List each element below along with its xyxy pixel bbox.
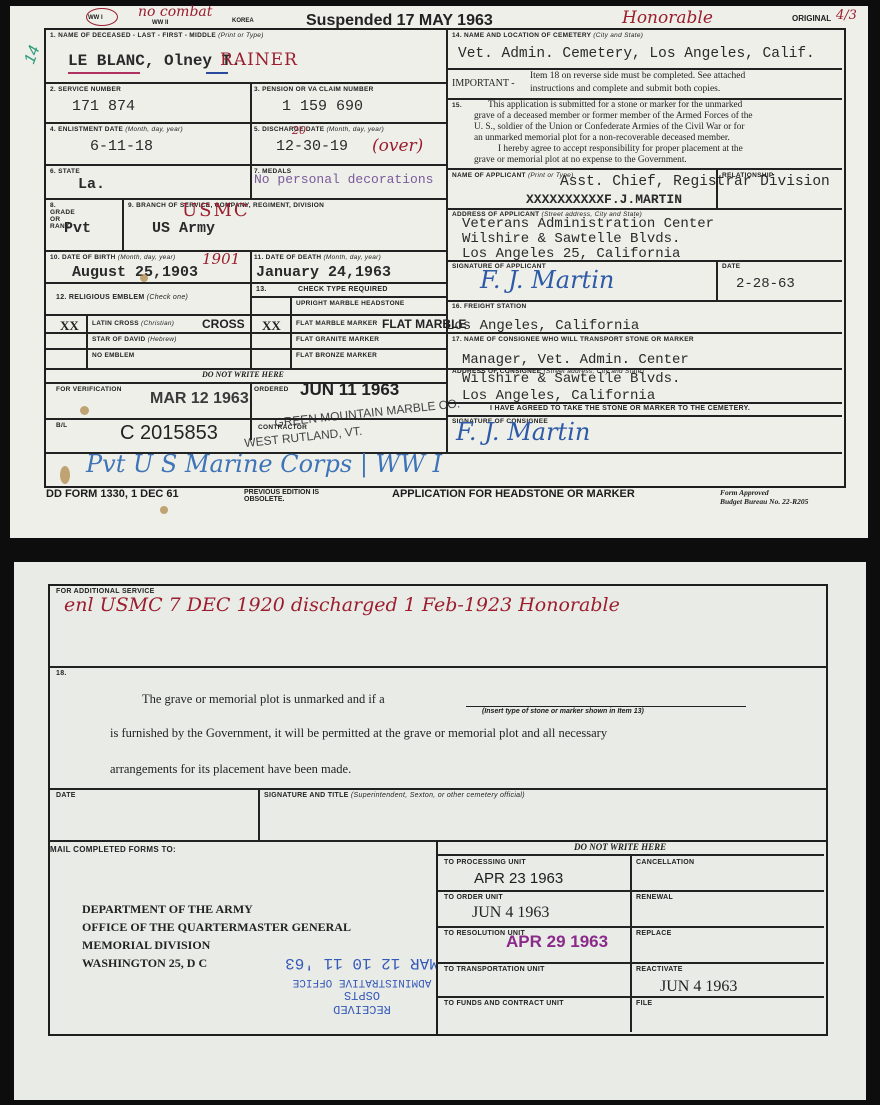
applicant-name: XXXXXXXXXXF.J.MARTIN [526, 192, 682, 207]
transportation-unit-label: TO TRANSPORTATION UNIT [444, 966, 545, 973]
budget-bureau-number: Budget Bureau No. 22-R205 [720, 497, 808, 506]
form-back-card: FOR ADDITIONAL SERVICE enl USMC 7 DEC 19… [14, 562, 866, 1100]
divider [50, 666, 826, 668]
verification-label: FOR VERIFICATION [56, 386, 122, 393]
surname-underline [68, 72, 140, 74]
applicant-signature: F. J. Martin [480, 266, 614, 294]
divider [250, 296, 446, 298]
applicant-address-line: Wilshire & Sawtelle Blvds. [462, 231, 680, 247]
important-text-2: instructions and complete and submit bot… [530, 84, 720, 94]
divider [46, 122, 446, 124]
death-date: January 24,1963 [256, 264, 391, 281]
honorable-note: Honorable [622, 8, 713, 28]
important-text-1: Item 18 on reverse side must be complete… [530, 71, 745, 81]
funds-contract-unit-label: TO FUNDS AND CONTRACT UNIT [444, 1000, 564, 1007]
processing-unit-label: TO PROCESSING UNIT [444, 859, 526, 866]
applicant-label: NAME OF APPLICANT (Print or Type) [452, 172, 574, 179]
divider [438, 926, 824, 928]
freight-label: 16. FREIGHT STATION [452, 303, 526, 310]
form-title: APPLICATION FOR HEADSTONE OR MARKER [392, 488, 635, 500]
divider [630, 854, 632, 1032]
item15-number: 15. [452, 102, 462, 109]
divider [46, 348, 446, 350]
divider [122, 198, 124, 250]
divider [446, 68, 842, 70]
ww2-option: WW II [152, 20, 168, 26]
service-number-label: 2. SERVICE NUMBER [50, 86, 121, 93]
item15-text: This application is submitted for a ston… [488, 100, 742, 110]
discharge-over-note: (over) [372, 136, 423, 156]
item15-text: an unmarked memorial plot for a non-reco… [474, 133, 730, 143]
discharge-label: 5. DISCHARGE DATE (Month, day, year) [254, 126, 384, 133]
margin-note: 14 [21, 44, 44, 67]
form-approved: Form Approved [720, 488, 769, 497]
ordered-label: ORDERED [254, 386, 289, 393]
birth-year-correction: 1901 [202, 250, 240, 268]
divider [446, 300, 842, 302]
flat-bronze-option[interactable]: FLAT BRONZE MARKER [296, 352, 377, 359]
relationship-label: RELATIONSHIP [722, 172, 774, 179]
do-not-write-header: DO NOT WRITE HERE [202, 370, 284, 379]
type-label: CHECK TYPE REQUIRED [298, 286, 388, 293]
emblem-label: 12. RELIGIOUS EMBLEM (Check one) [56, 294, 188, 301]
back-do-not-write-header: DO NOT WRITE HERE [574, 842, 666, 852]
type-number: 13. [256, 286, 267, 293]
state-value: La. [78, 176, 105, 193]
received-stamp-line: RECEIVED [278, 1002, 446, 1016]
item18-text-3: arrangements for its placement have been… [110, 762, 351, 777]
verification-stamp: MAR 12 1963 [150, 390, 249, 408]
divider [86, 314, 88, 370]
agreement-text: I HAVE AGREED TO TAKE THE STONE OR MARKE… [490, 405, 750, 412]
important-label: IMPORTANT - [452, 78, 515, 89]
replace-label: REPLACE [636, 930, 672, 937]
received-stamp-line: OSPTS [278, 988, 446, 1002]
divider [50, 788, 826, 790]
branch-correction: USMC [182, 200, 250, 221]
birth-date: August 25,1903 [72, 264, 198, 281]
state-label: 6. STATE [50, 168, 80, 175]
cross-typed: CROSS [202, 317, 245, 331]
received-stamp: RECEIVED OSPTS ADMINISTRATIVE OFFICE MAR… [278, 936, 446, 1016]
name-label: 1. NAME OF DECEASED - LAST - FIRST - MID… [50, 32, 264, 39]
divider [250, 382, 252, 440]
item18-insert-hint: (Insert type of stone or marker shown in… [482, 708, 644, 715]
divider [446, 370, 448, 452]
form-id: DD FORM 1330, 1 DEC 61 [46, 488, 179, 500]
previous-edition-note: PREVIOUS EDITION IS OBSOLETE. [244, 489, 354, 503]
birth-label: 10. DATE OF BIRTH (Month, day, year) [50, 254, 175, 261]
consignee-signature: F. J. Martin [456, 418, 590, 446]
divider [446, 402, 842, 404]
middle-name-hand: RAINER [220, 50, 298, 70]
enlistment-date: 6-11-18 [90, 138, 153, 155]
divider [46, 282, 446, 284]
item18-text-1: The grave or memorial plot is unmarked a… [142, 692, 385, 707]
bl-number: C 2015853 [120, 422, 218, 445]
ordered-stamp: JUN 11 1963 [300, 380, 399, 400]
applicant-address-line: Veterans Administration Center [462, 216, 714, 232]
item18-text-2: is furnished by the Government, it will … [110, 726, 607, 741]
death-label: 11. DATE OF DEATH (Month, day, year) [254, 254, 381, 261]
reactivate-stamp: JUN 4 1963 [660, 978, 737, 996]
no-emblem-option[interactable]: NO EMBLEM [92, 352, 134, 359]
divider [716, 168, 718, 208]
mail-address-line: MEMORIAL DIVISION [82, 938, 210, 953]
item18-number: 18. [56, 670, 67, 677]
divider [446, 208, 842, 210]
divider [46, 418, 446, 420]
divider [250, 164, 252, 198]
stain [160, 506, 168, 514]
processing-unit-stamp: APR 23 1963 [474, 870, 563, 887]
divider [250, 250, 252, 370]
cancellation-label: CANCELLATION [636, 859, 694, 866]
stain [80, 406, 89, 415]
cemetery-label: 14. NAME AND LOCATION OF CEMETERY (City … [452, 32, 643, 39]
divider [438, 962, 824, 964]
ww1-circle-mark [86, 8, 118, 26]
insert-line [466, 706, 746, 707]
bl-label: B/L [56, 422, 67, 429]
mail-address-line: DEPARTMENT OF THE ARMY [82, 902, 253, 917]
item15-text: I hereby agree to accept responsibility … [498, 144, 743, 154]
divider [438, 996, 824, 998]
inscription-hand: Pvt U S Marine Corps | WW I [86, 450, 442, 478]
additional-service-note: enl USMC 7 DEC 1920 discharged 1 Feb-192… [64, 594, 620, 616]
consignee-address-line: Wilshire & Sawtelle Blvds. [462, 371, 680, 387]
renewal-label: RENEWAL [636, 894, 673, 901]
divider [258, 788, 260, 840]
stain [60, 466, 70, 484]
flat-marble-option[interactable]: FLAT MARBLE MARKER [296, 320, 377, 327]
back-date-label: DATE [56, 792, 76, 799]
flat-granite-option[interactable]: FLAT GRANITE MARKER [296, 336, 379, 343]
stain [140, 274, 148, 282]
original-label: ORIGINAL [792, 14, 831, 23]
discharge-correction: 20 [292, 124, 306, 137]
divider [46, 332, 446, 334]
branch-value: US Army [152, 220, 215, 237]
date-label: DATE [722, 263, 740, 270]
order-unit-stamp: JUN 4 1963 [472, 904, 549, 922]
divider [46, 368, 842, 370]
claim-number: 1 159 690 [282, 98, 363, 115]
original-hand-note: 4/3 [836, 8, 857, 23]
initial-underline [206, 72, 228, 74]
reactivate-label: REACTIVATE [636, 966, 683, 973]
divider [46, 250, 446, 252]
divider [446, 332, 842, 334]
official-signature-label: SIGNATURE AND TITLE (Superintendent, Sex… [264, 792, 525, 799]
latin-cross-option[interactable]: LATIN CROSS (Christian) [92, 320, 174, 327]
no-combat-note: no combat [138, 4, 212, 20]
application-date: 2-28-63 [736, 276, 795, 292]
divider [446, 415, 842, 417]
grade-value: Pvt [64, 220, 91, 237]
star-of-david-option[interactable]: STAR OF DAVID (Hebrew) [92, 336, 177, 343]
file-label: FILE [636, 1000, 652, 1007]
item15-text: grave of a deceased member or former mem… [474, 111, 753, 121]
upright-marble-option[interactable]: UPRIGHT MARBLE HEADSTONE [296, 300, 405, 307]
mail-address-line: OFFICE OF THE QUARTERMASTER GENERAL [82, 920, 351, 935]
discharge-date: 12-30-19 [276, 138, 348, 155]
enlistment-label: 4. ENLISTMENT DATE (Month, day, year) [50, 126, 183, 133]
mail-label: MAIL COMPLETED FORMS TO: [50, 845, 176, 854]
divider [446, 168, 842, 170]
divider [46, 314, 446, 316]
item15-text: U. S., soldier of the Union or Confedera… [474, 122, 744, 132]
item15-text: grave or memorial plot at no expense to … [474, 155, 687, 165]
deceased-name: LE BLANC, Olney T. [68, 52, 241, 70]
cemetery-value: Vet. Admin. Cemetery, Los Angeles, Calif… [458, 46, 815, 62]
order-unit-label: TO ORDER UNIT [444, 894, 503, 901]
consignee-value: Manager, Vet. Admin. Center [462, 352, 689, 368]
korea-option: KOREA [232, 18, 254, 24]
form-front-card: WW I WW II KOREA no combat Suspended 17 … [10, 6, 868, 538]
received-stamp-date: MAR 12 10 11 '63 [278, 954, 446, 972]
mail-address-line: WASHINGTON 25, D C [82, 956, 207, 971]
consignee-label: 17. NAME OF CONSIGNEE WHO WILL TRANSPORT… [452, 336, 694, 343]
divider [716, 260, 718, 300]
medals-value: No personal decorations [254, 172, 433, 187]
divider [46, 164, 446, 166]
service-number: 171 874 [72, 98, 135, 115]
received-stamp-line: ADMINISTRATIVE OFFICE [278, 976, 446, 988]
divider [438, 890, 824, 892]
claim-number-label: 3. PENSION OR VA CLAIM NUMBER [254, 86, 374, 93]
divider [446, 260, 842, 262]
divider [46, 82, 446, 84]
resolution-unit-stamp: APR 29 1963 [506, 932, 608, 952]
applicant-title: Asst. Chief, Registrar Division [560, 174, 830, 190]
